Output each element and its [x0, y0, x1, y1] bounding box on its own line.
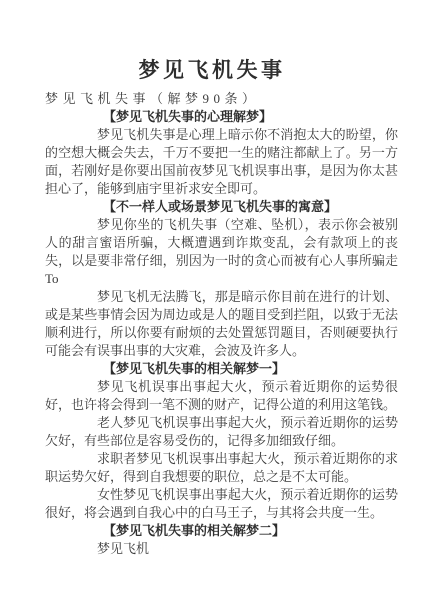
document-body: 梦见飞机失事（解梦90条） 【梦见飞机失事的心理解梦】 梦见飞机失事是心理上暗示… — [0, 83, 424, 558]
paragraph-crash-aboard: 梦见你坐的飞机失事（空难、坠机），表示你会被别人的甜言蜜语所骗，大概遭遇到诈欺变… — [45, 216, 398, 288]
paragraph-cannot-takeoff: 梦见飞机无法腾飞，那是暗示你目前在进行的计划、或是某些事情会因为周边或是人的题目… — [45, 288, 398, 360]
paragraph-fire-elderly: 老人梦见飞机误事出事起大火，预示着近期你的运势欠好，有些部位是容易受伤的，记得多… — [45, 414, 398, 450]
paragraph-dream-plane: 梦见飞机 — [45, 540, 398, 558]
document-page: 梦见飞机失事 梦见飞机失事（解梦90条） 【梦见飞机失事的心理解梦】 梦见飞机失… — [0, 0, 424, 600]
section-heading-related-two: 【梦见飞机失事的相关解梦二】 — [45, 522, 398, 540]
section-heading-psychology: 【梦见飞机失事的心理解梦】 — [45, 108, 398, 126]
paragraph-fire-female: 女性梦见飞机误事出事起大火，预示着近期你的运势很好，将会遇到自我心中的白马王子，… — [45, 486, 398, 522]
section-heading-scenarios: 【不一样人或场景梦见飞机失事的寓意】 — [45, 198, 398, 216]
paragraph-fire-general: 梦见飞机误事出事起大火，预示着近期你的运势很好，也许将会得到一笔不测的财产，记得… — [45, 378, 398, 414]
section-heading-related-one: 【梦见飞机失事的相关解梦一】 — [45, 360, 398, 378]
paragraph-fire-jobseeker: 求职者梦见飞机误事出事起大火，预示着近期你的求职运势欠好，得到自我想要的职位，总… — [45, 450, 398, 486]
document-title: 梦见飞机失事 — [0, 0, 424, 83]
paragraph-psychology: 梦见飞机失事是心理上暗示你不消抱太大的盼望，你的空想大概会失去，千万不要把一生的… — [45, 126, 398, 198]
intro-line: 梦见飞机失事（解梦90条） — [45, 90, 398, 108]
